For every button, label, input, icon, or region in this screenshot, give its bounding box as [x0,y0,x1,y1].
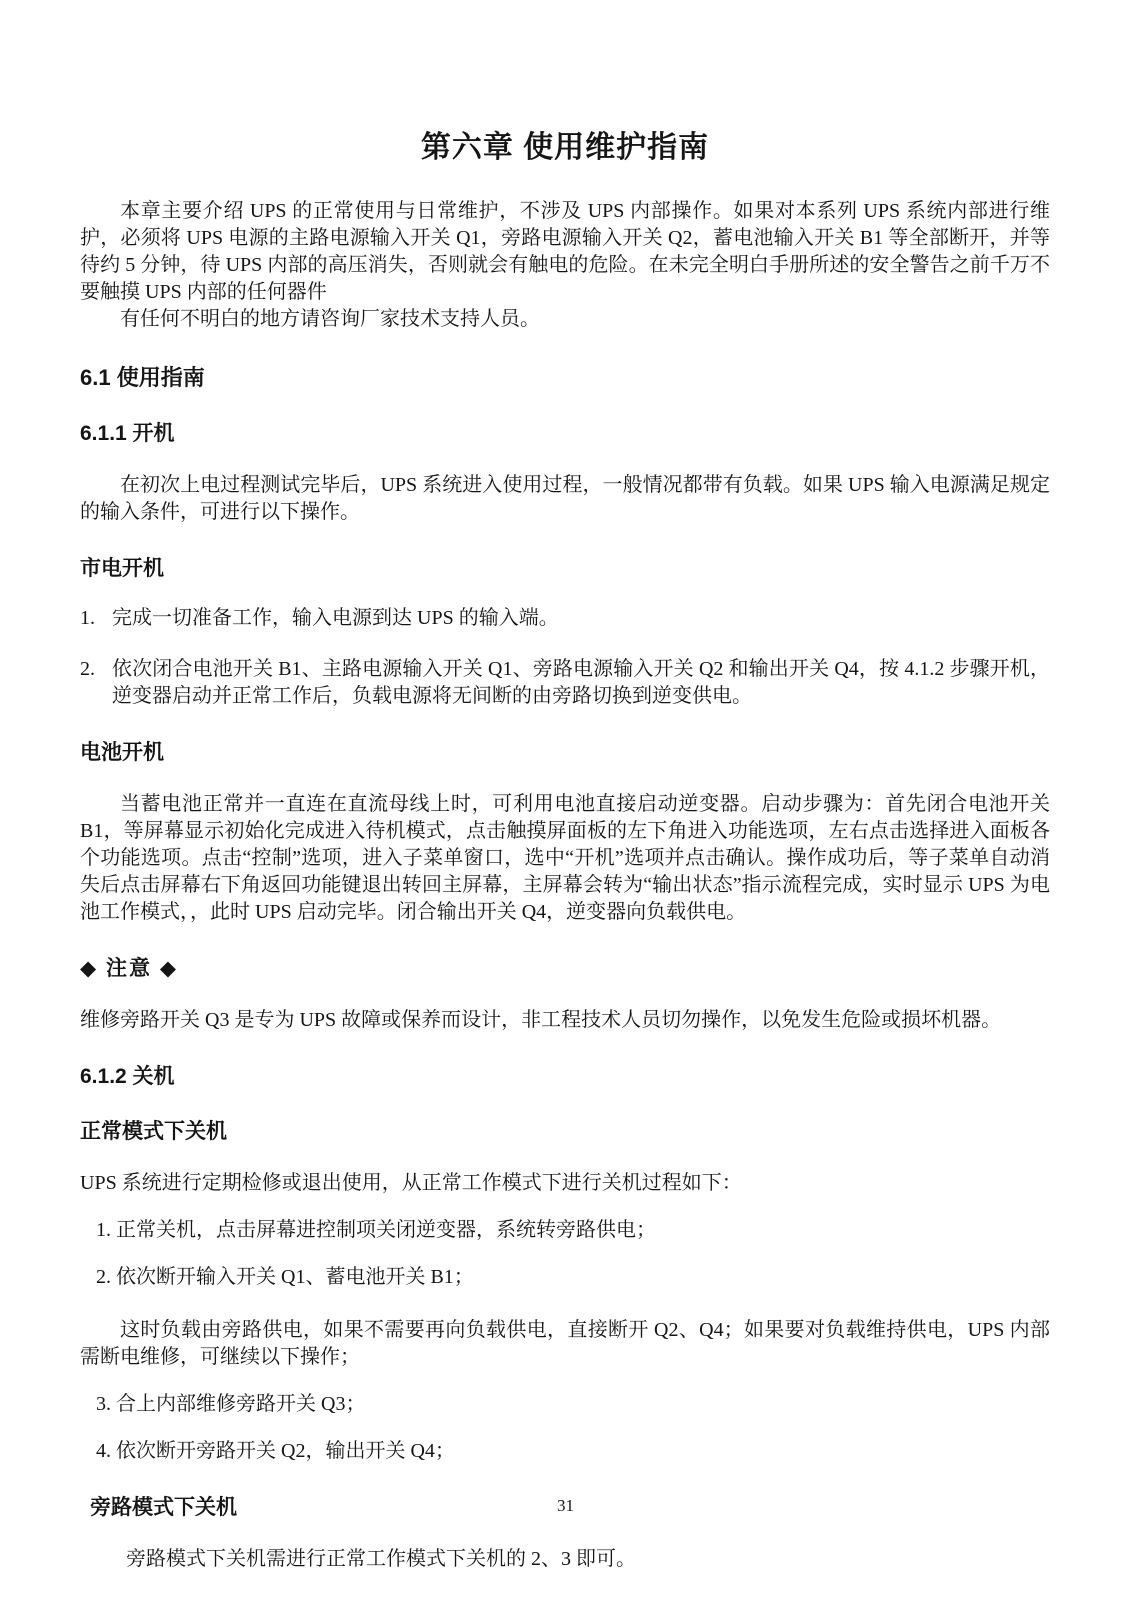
bypass-mode-shutdown-paragraph: 旁路模式下关机需进行正常工作模式下关机的 2、3 即可。 [80,1546,1050,1573]
mains-power-on-step-1: 1. 完成一切准备工作，输入电源到达 UPS 的输入端。 [80,605,1050,632]
mains-power-on-heading: 市电开机 [80,556,1050,581]
shutdown-step-4: 4. 依次断开旁路开关 Q2，输出开关 Q4； [80,1438,1050,1465]
shutdown-step-3: 3. 合上内部维修旁路开关 Q3； [80,1391,1050,1418]
chapter-title: 第六章 使用维护指南 [80,130,1050,166]
section-6-1-2-heading: 6.1.2 关机 [80,1064,1050,1089]
section-6-1-1-heading: 6.1.1 开机 [80,421,1050,446]
page-number: 31 [0,1496,1131,1516]
notice-heading: ◆ 注意 ◆ [80,956,1050,981]
battery-power-on-paragraph: 当蓄电池正常并一直连在直流母线上时，可利用电池直接启动逆变器。启动步骤为：首先闭… [80,791,1050,926]
mains-power-on-step-2: 2. 依次闭合电池开关 B1、主路电源输入开关 Q1、旁路电源输入开关 Q2 和… [80,656,1050,710]
shutdown-note-paragraph: 这时负载由旁路供电，如果不需要再向负载供电，直接断开 Q2、Q4；如果要对负载维… [80,1317,1050,1371]
power-on-intro-paragraph: 在初次上电过程测试完毕后，UPS 系统进入使用过程，一般情况都带有负载。如果 U… [80,472,1050,526]
normal-mode-shutdown-heading: 正常模式下关机 [80,1119,1050,1144]
list-item-number: 1. [80,605,95,632]
diamond-icon: ◆ [80,957,98,980]
notice-paragraph: 维修旁路开关 Q3 是专为 UPS 故障或保养而设计，非工程技术人员切勿操作，以… [80,1007,1050,1034]
list-item-text: 依次闭合电池开关 B1、主路电源输入开关 Q1、旁路电源输入开关 Q2 和输出开… [112,658,1050,707]
manual-page: 第六章 使用维护指南 本章主要介绍 UPS 的正常使用与日常维护，不涉及 UPS… [0,0,1131,1600]
section-6-1-heading: 6.1 使用指南 [80,365,1050,391]
notice-label: 注意 [106,957,152,980]
normal-mode-shutdown-intro: UPS 系统进行定期检修或退出使用，从正常工作模式下进行关机过程如下： [80,1170,1050,1197]
chapter-intro-contact-line: 有任何不明白的地方请咨询厂家技术支持人员。 [80,306,1050,333]
battery-power-on-heading: 电池开机 [80,740,1050,765]
shutdown-step-1: 1. 正常关机，点击屏幕进控制项关闭逆变器，系统转旁路供电； [80,1217,1050,1244]
diamond-icon: ◆ [160,957,178,980]
chapter-intro-paragraph: 本章主要介绍 UPS 的正常使用与日常维护，不涉及 UPS 内部操作。如果对本系… [80,198,1050,306]
list-item-number: 2. [80,656,95,683]
shutdown-step-2: 2. 依次断开输入开关 Q1、蓄电池开关 B1； [80,1264,1050,1291]
list-item-text: 完成一切准备工作，输入电源到达 UPS 的输入端。 [112,607,559,629]
